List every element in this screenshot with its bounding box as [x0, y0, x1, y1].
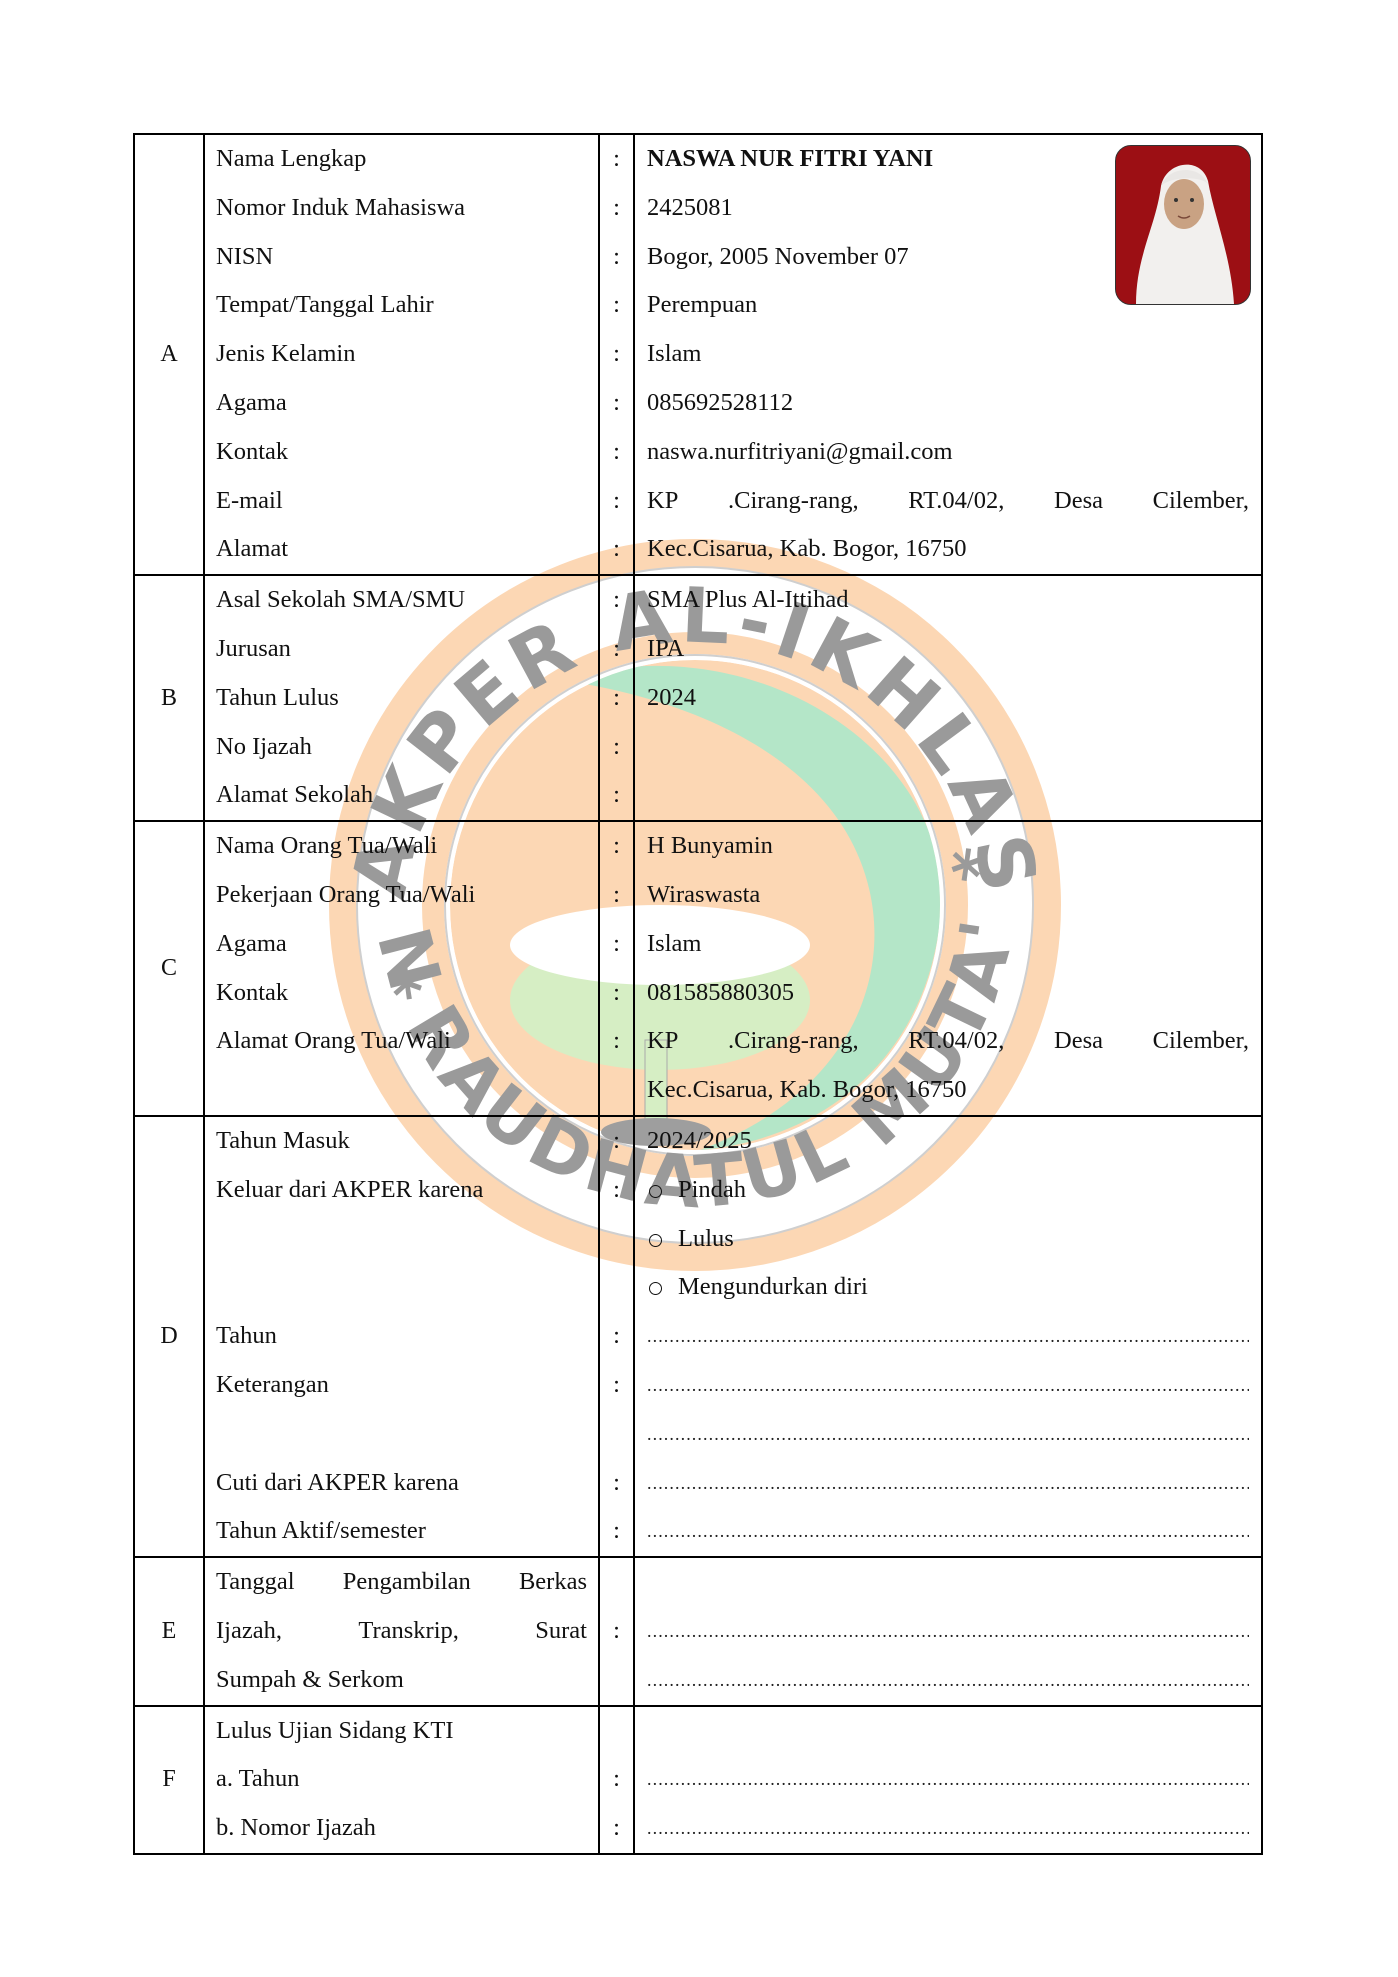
field-label: Pekerjaan Orang Tua/Wali [216, 871, 587, 920]
radio-circle-icon[interactable] [649, 1282, 662, 1295]
field-label: Tahun Masuk [216, 1117, 587, 1166]
word: Cilember, [1153, 477, 1249, 526]
field-values: NASWA NUR FITRI YANI2425081Bogor, 2005 N… [634, 134, 1262, 575]
section-letter: B [134, 575, 204, 821]
radio-option-label: Lulus [678, 1215, 734, 1264]
radio-option-label: Mengundurkan diri [678, 1263, 868, 1312]
colon-separator [600, 1066, 633, 1115]
field-labels: Nama LengkapNomor Induk MahasiswaNISNTem… [204, 134, 599, 575]
word: Cilember, [1153, 1017, 1249, 1066]
section-e: ETanggalPengambilanBerkasIjazah,Transkri… [134, 1557, 1262, 1705]
field-label: Nomor Induk Mahasiswa [216, 184, 587, 233]
person-photo-icon [1116, 146, 1250, 304]
radio-option-label: Pindah [678, 1166, 746, 1215]
colon-separator: : [600, 525, 633, 574]
field-label [216, 1215, 587, 1264]
field-label: Agama [216, 920, 587, 969]
colon-separator: : [600, 1755, 633, 1804]
colon-separator: : [600, 723, 633, 772]
field-value: 081585880305 [647, 969, 1249, 1018]
colon-separator: : [600, 1017, 633, 1066]
field-label: b. Nomor Ijazah [216, 1804, 587, 1853]
field-label: Kontak [216, 428, 587, 477]
colon-separator: : [600, 330, 633, 379]
blank-fill-field[interactable]: ........................................… [647, 1755, 1249, 1804]
field-values: ........................................… [634, 1557, 1262, 1705]
field-value: H Bunyamin [647, 822, 1249, 871]
field-value: Wiraswasta [647, 871, 1249, 920]
field-label: Sumpah & Serkom [216, 1656, 587, 1705]
radio-circle-icon[interactable] [649, 1234, 662, 1247]
field-labels: TanggalPengambilanBerkasIjazah,Transkrip… [204, 1557, 599, 1705]
colon-separator: : [600, 1804, 633, 1853]
section-letter: E [134, 1557, 204, 1705]
colon-separator: : [600, 822, 633, 871]
word: Transkrip, [358, 1607, 459, 1656]
word: Desa [1054, 477, 1103, 526]
field-value: IPA [647, 625, 1249, 674]
colon-separator: : [600, 1312, 633, 1361]
colon-separator: : [600, 1459, 633, 1508]
word: Berkas [519, 1558, 587, 1607]
field-value: Islam [647, 920, 1249, 969]
colon-separator: : [600, 428, 633, 477]
blank-fill-field[interactable]: ........................................… [647, 1459, 1249, 1508]
word: .Cirang-rang, [728, 477, 859, 526]
word: KP [647, 1017, 678, 1066]
colon-separator [600, 1263, 633, 1312]
field-labels: Tahun MasukKeluar dari AKPER karena Tahu… [204, 1116, 599, 1557]
field-label: Jenis Kelamin [216, 330, 587, 379]
colon-separator: : [600, 379, 633, 428]
section-c: CNama Orang Tua/WaliPekerjaan Orang Tua/… [134, 821, 1262, 1116]
blank-fill-field[interactable]: ........................................… [647, 1361, 1249, 1410]
colon-separator: : [600, 969, 633, 1018]
field-value: KP.Cirang-rang,RT.04/02,DesaCilember, [647, 477, 1249, 526]
field-labels: Lulus Ujian Sidang KTIa. Tahunb. Nomor I… [204, 1706, 599, 1854]
field-colons: : [599, 1557, 634, 1705]
student-photo [1115, 145, 1251, 305]
colon-separator [600, 1410, 633, 1459]
blank-fill-field[interactable]: ........................................… [647, 1656, 1249, 1705]
colon-separator: : [600, 281, 633, 330]
field-label: NISN [216, 233, 587, 282]
field-label: Keluar dari AKPER karena [216, 1166, 587, 1215]
colon-separator: : [600, 477, 633, 526]
field-value: SMA Plus Al-Ittihad [647, 576, 1249, 625]
blank-fill-field[interactable]: ........................................… [647, 1607, 1249, 1656]
colon-separator [600, 1656, 633, 1705]
word: RT.04/02, [908, 477, 1004, 526]
word: Pengambilan [343, 1558, 471, 1607]
field-colons: ::::: [599, 575, 634, 821]
colon-separator: : [600, 1607, 633, 1656]
field-label: E-mail [216, 477, 587, 526]
field-value [647, 1558, 1249, 1607]
field-label [216, 1066, 587, 1115]
colon-separator: : [600, 674, 633, 723]
colon-separator: : [600, 576, 633, 625]
field-values: SMA Plus Al-IttihadIPA2024 [634, 575, 1262, 821]
colon-separator: : [600, 184, 633, 233]
field-label: Tempat/Tanggal Lahir [216, 281, 587, 330]
field-value: 2024/2025 [647, 1117, 1249, 1166]
colon-separator: : [600, 1507, 633, 1556]
section-letter: D [134, 1116, 204, 1557]
section-d: DTahun MasukKeluar dari AKPER karena Tah… [134, 1116, 1262, 1557]
radio-option-lulus[interactable]: Lulus [647, 1215, 1249, 1264]
field-label: Agama [216, 379, 587, 428]
blank-fill-field[interactable]: ........................................… [647, 1804, 1249, 1853]
field-label: Asal Sekolah SMA/SMU [216, 576, 587, 625]
field-colons: :: [599, 1706, 634, 1854]
field-label: Ijazah,Transkrip,Surat [216, 1607, 587, 1656]
field-value [647, 1707, 1249, 1756]
student-data-form: ANama LengkapNomor Induk MahasiswaNISNTe… [133, 133, 1263, 1855]
field-label [216, 1410, 587, 1459]
section-b: BAsal Sekolah SMA/SMUJurusanTahun LulusN… [134, 575, 1262, 821]
colon-separator: : [600, 625, 633, 674]
field-value: 085692528112 [647, 379, 1249, 428]
word: RT.04/02, [908, 1017, 1004, 1066]
word: .Cirang-rang, [728, 1017, 859, 1066]
radio-option-mengundurkan-diri[interactable]: Mengundurkan diri [647, 1263, 1249, 1312]
field-colons: :: :: :: [599, 1116, 634, 1557]
field-label: a. Tahun [216, 1755, 587, 1804]
colon-separator [600, 1558, 633, 1607]
word: Tanggal [216, 1558, 295, 1607]
word: Desa [1054, 1017, 1103, 1066]
colon-separator: : [600, 1361, 633, 1410]
colon-separator: : [600, 135, 633, 184]
field-label: Alamat Orang Tua/Wali [216, 1017, 587, 1066]
field-colons: ::::: [599, 821, 634, 1116]
field-value: naswa.nurfitriyani@gmail.com [647, 428, 1249, 477]
section-a: ANama LengkapNomor Induk MahasiswaNISNTe… [134, 134, 1262, 575]
field-value: 2024 [647, 674, 1249, 723]
field-label: Kontak [216, 969, 587, 1018]
radio-circle-icon[interactable] [649, 1185, 662, 1198]
blank-fill-field[interactable]: ........................................… [647, 1410, 1249, 1459]
field-label: Tahun Lulus [216, 674, 587, 723]
field-label: Tahun [216, 1312, 587, 1361]
blank-fill-field[interactable]: ........................................… [647, 1507, 1249, 1556]
field-label: Nama Orang Tua/Wali [216, 822, 587, 871]
field-label: Keterangan [216, 1361, 587, 1410]
field-label: Cuti dari AKPER karena [216, 1459, 587, 1508]
field-labels: Nama Orang Tua/WaliPekerjaan Orang Tua/W… [204, 821, 599, 1116]
section-letter: F [134, 1706, 204, 1854]
field-value [647, 771, 1249, 820]
field-label: Nama Lengkap [216, 135, 587, 184]
colon-separator: : [600, 233, 633, 282]
blank-fill-field[interactable]: ........................................… [647, 1312, 1249, 1361]
colon-separator [600, 1707, 633, 1756]
colon-separator: : [600, 920, 633, 969]
radio-option-pindah[interactable]: Pindah [647, 1166, 1249, 1215]
field-label: Alamat [216, 525, 587, 574]
field-label: TanggalPengambilanBerkas [216, 1558, 587, 1607]
colon-separator: : [600, 871, 633, 920]
field-colons: ::::::::: [599, 134, 634, 575]
field-value: Kec.Cisarua, Kab. Bogor, 16750 [647, 1066, 1249, 1115]
word: KP [647, 477, 678, 526]
field-values: ........................................… [634, 1706, 1262, 1854]
field-values: 2024/2025PindahLulusMengundurkan diri...… [634, 1116, 1262, 1557]
section-f: FLulus Ujian Sidang KTIa. Tahunb. Nomor … [134, 1706, 1262, 1854]
field-value: KP.Cirang-rang,RT.04/02,DesaCilember, [647, 1017, 1249, 1066]
colon-separator [600, 1215, 633, 1264]
field-value [647, 723, 1249, 772]
field-values: H BunyaminWiraswastaIslam081585880305KP.… [634, 821, 1262, 1116]
colon-separator: : [600, 771, 633, 820]
colon-separator: : [600, 1166, 633, 1215]
section-letter: A [134, 134, 204, 575]
field-labels: Asal Sekolah SMA/SMUJurusanTahun LulusNo… [204, 575, 599, 821]
field-label: Lulus Ujian Sidang KTI [216, 1707, 587, 1756]
field-value: Kec.Cisarua, Kab. Bogor, 16750 [647, 525, 1249, 574]
colon-separator: : [600, 1117, 633, 1166]
word: Ijazah, [216, 1607, 282, 1656]
field-label [216, 1263, 587, 1312]
field-label: No Ijazah [216, 723, 587, 772]
word: Surat [535, 1607, 587, 1656]
section-letter: C [134, 821, 204, 1116]
field-value: Islam [647, 330, 1249, 379]
field-label: Tahun Aktif/semester [216, 1507, 587, 1556]
field-label: Jurusan [216, 625, 587, 674]
field-label: Alamat Sekolah [216, 771, 587, 820]
